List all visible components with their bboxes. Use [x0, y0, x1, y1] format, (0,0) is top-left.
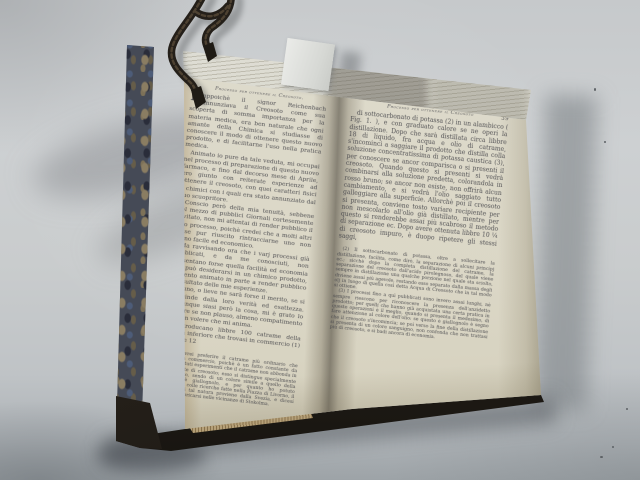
speck	[604, 141, 606, 143]
speck	[626, 408, 628, 410]
book-cast-shadow-right	[535, 94, 598, 411]
speck	[600, 456, 603, 458]
photo-of-open-book: Processo per ottenere il Creosoto. Dappo…	[0, 0, 640, 480]
bookmark-cords	[150, 0, 260, 120]
speck	[612, 446, 614, 448]
paragraph: di sottocarbonato di potassa (2) in un a…	[338, 109, 508, 255]
right-page-footnotes: (2) Il sottocarbonato di potassa, oltre …	[330, 247, 495, 346]
paper-slip-bookmark	[281, 38, 335, 91]
tassel-tip	[191, 86, 206, 109]
speck	[594, 88, 596, 91]
left-page-body: Dappoichè il signor Reichenbach annunzia…	[163, 92, 326, 358]
right-page-body: di sottocarbonato di potassa (2) in un a…	[338, 109, 508, 255]
right-page: Processo per ottenere il Creosoto 39 di …	[330, 101, 510, 346]
